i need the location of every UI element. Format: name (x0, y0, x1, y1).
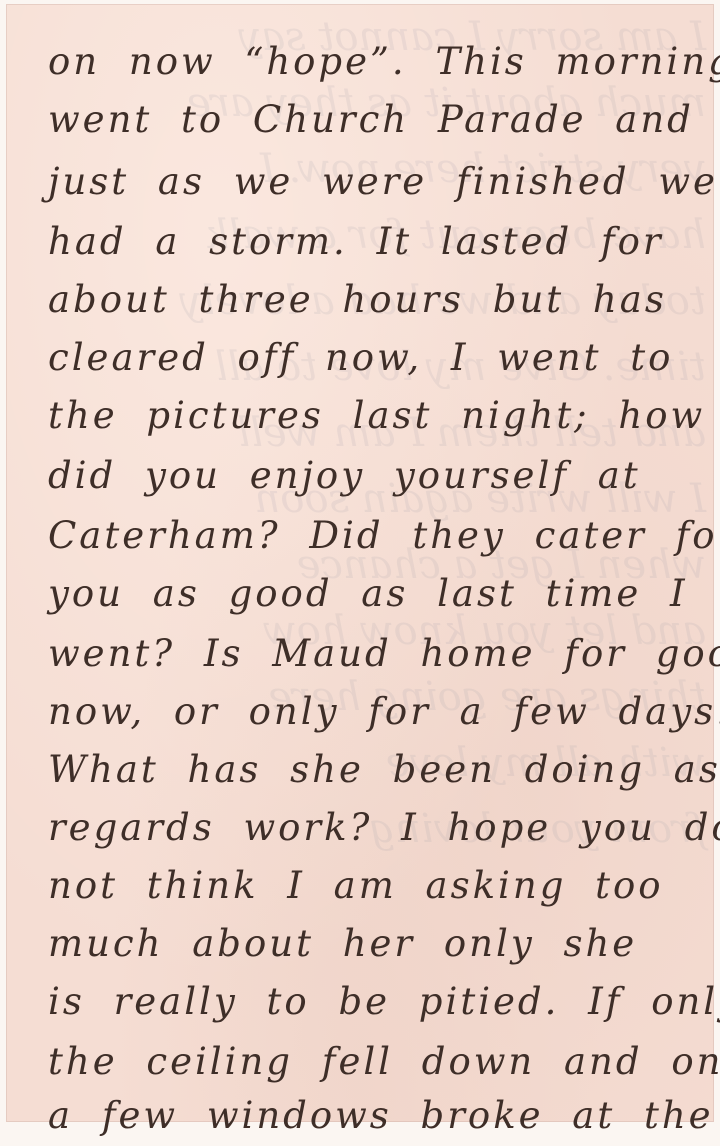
letter-text: on now “hope”. This morning I went to Ch… (6, 4, 714, 1122)
text-line: What has she been doing as (48, 740, 708, 800)
letter-page: I am sorry I cannot say much about it as… (6, 4, 714, 1122)
text-line: much about her only she (48, 914, 708, 974)
text-line: is really to be pitied. If only (48, 972, 708, 1032)
text-line: cleared off now, I went to (48, 328, 708, 388)
text-line: just as we were finished we (48, 152, 708, 212)
text-line: the ceiling fell down and only (48, 1032, 708, 1092)
text-line: a few windows broke at the (48, 1086, 708, 1128)
text-line: now, or only for a few days. (48, 682, 708, 742)
text-line: you as good as last time I (48, 564, 708, 624)
text-line: on now “hope”. This morning I (48, 32, 708, 92)
text-line: Caterham? Did they cater for (48, 506, 708, 566)
text-line: did you enjoy yourself at (48, 446, 708, 506)
text-line: the pictures last night; how (48, 386, 708, 446)
text-line: went? Is Maud home for good (48, 624, 708, 684)
text-line: had a storm. It lasted for (48, 212, 708, 272)
text-line: went to Church Parade and (48, 90, 708, 150)
text-line: not think I am asking too (48, 856, 708, 916)
text-line: about three hours but has (48, 270, 708, 330)
text-line: regards work? I hope you do (48, 798, 708, 858)
